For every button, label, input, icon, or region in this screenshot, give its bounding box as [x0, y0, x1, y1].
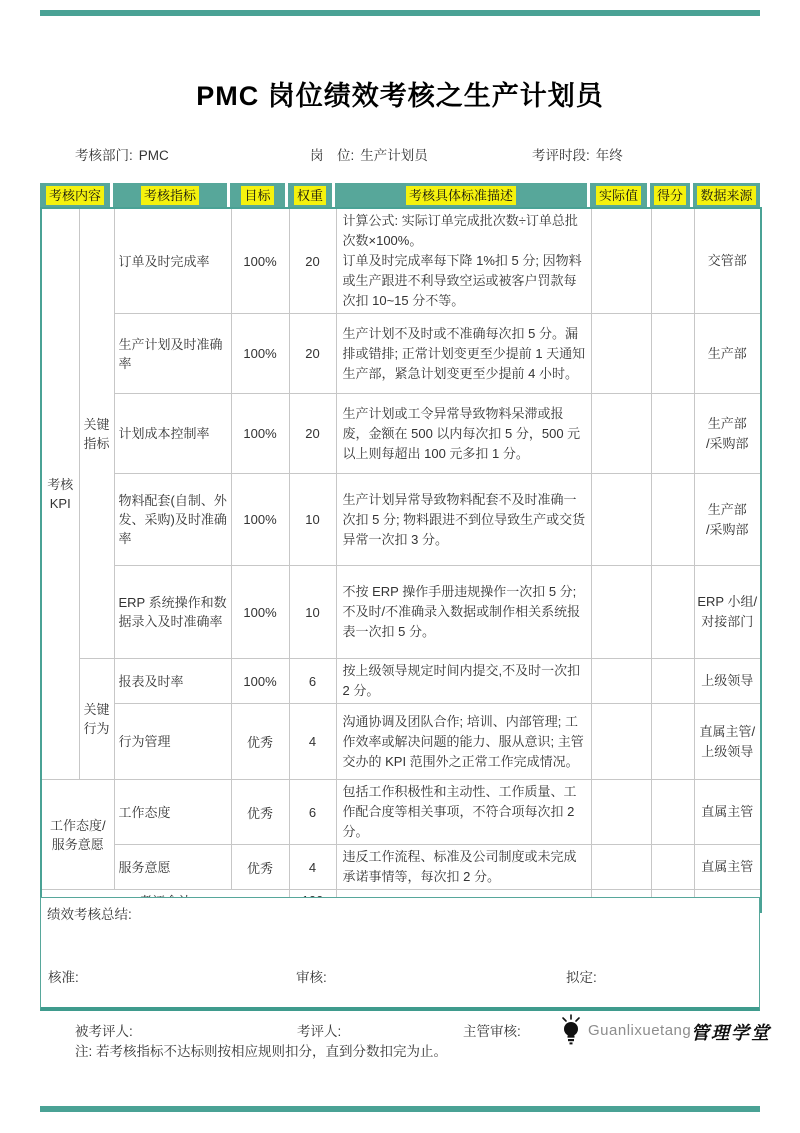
criteria-cell: 包括工作积极性和主动性、工作质量、工作配合度等相关事项，不符合项每次扣 2 分。 — [336, 780, 591, 845]
header-actual: 实际值 — [590, 183, 650, 207]
criteria-cell: 不按 ERP 操作手册违规操作一次扣 5 分; 不及时/不准确录入数据或制作相关… — [336, 566, 591, 659]
actual-value-cell — [591, 659, 651, 704]
actual-value-cell — [591, 566, 651, 659]
target-cell: 100% — [231, 394, 289, 474]
source-cell: 直属主管 — [694, 845, 761, 890]
indicator-cell: 行为管理 — [114, 704, 231, 780]
indicator-cell: 工作态度 — [114, 780, 231, 845]
criteria-cell: 生产计划不及时或不准确每次扣 5 分。漏排或错排; 正常计划变更至少提前 1 天… — [336, 314, 591, 394]
lightbulb-icon — [558, 1014, 584, 1046]
table-header-row: 考核内容 考核指标 目标 权重 考核具体标准描述 实际值 得分 数据来源 — [40, 183, 760, 207]
assessee-label: 被考评人: — [75, 1020, 133, 1040]
criteria-cell: 沟通协调及团队合作; 培训、内部管理; 工作效率或解决问题的能力、服从意识; 主… — [336, 704, 591, 780]
score-cell — [651, 845, 694, 890]
weight-cell: 20 — [289, 394, 336, 474]
target-cell: 100% — [231, 208, 289, 314]
target-cell: 100% — [231, 474, 289, 566]
department-value: PMC — [139, 148, 169, 163]
performance-review-form: PMC 岗位绩效考核之生产计划员 考核部门:PMC 岗 位:生产计划员 考评时段… — [0, 0, 800, 1133]
score-cell — [651, 659, 694, 704]
criteria-cell: 生产计划异常导致物料配套不及时准确一次扣 5 分; 物料跟进不到位导致生产或交货… — [336, 474, 591, 566]
actual-value-cell — [591, 314, 651, 394]
header-criteria: 考核具体标准描述 — [335, 183, 590, 207]
target-cell: 优秀 — [231, 845, 289, 890]
period-label: 考评时段: — [532, 148, 590, 163]
draft-label: 拟定: — [566, 966, 597, 986]
assessment-table: 考核 KPI 关键 指标 订单及时完成率 100% 20 计算公式: 实际订单完… — [40, 207, 762, 913]
source-cell: ERP 小组/ 对接部门 — [694, 566, 761, 659]
logo-latin-text: Guanlixuetang — [588, 1022, 691, 1039]
table-row: 行为管理 优秀 4 沟通协调及团队合作; 培训、内部管理; 工作效率或解决问题的… — [41, 704, 761, 780]
target-cell: 100% — [231, 566, 289, 659]
indicator-cell: 生产计划及时准确率 — [114, 314, 231, 394]
weight-cell: 6 — [289, 780, 336, 845]
score-cell — [651, 704, 694, 780]
indicator-cell: ERP 系统操作和数据录入及时准确率 — [114, 566, 231, 659]
score-cell — [651, 314, 694, 394]
source-cell: 生产部 /采购部 — [694, 474, 761, 566]
table-row: 服务意愿 优秀 4 违反工作流程、标准及公司制度或未完成承诺事情等，每次扣 2 … — [41, 845, 761, 890]
header-content: 考核内容 — [40, 183, 113, 207]
header-source-label: 数据来源 — [697, 186, 755, 205]
footnote: 注: 若考核指标不达标则按相应规则扣分，直到分数扣完为止。 — [75, 1040, 447, 1060]
period-value: 年终 — [596, 148, 623, 163]
table-row: 关键 行为 报表及时率 100% 6 按上级领导规定时间内提交,不及时一次扣 2… — [41, 659, 761, 704]
weight-cell: 4 — [289, 704, 336, 780]
target-cell: 优秀 — [231, 780, 289, 845]
source-cell: 上级领导 — [694, 659, 761, 704]
header-source: 数据来源 — [693, 183, 760, 207]
logo-cn-text: 管理学堂 — [691, 1019, 771, 1045]
weight-cell: 20 — [289, 314, 336, 394]
header-score: 得分 — [650, 183, 693, 207]
assessor-label: 考评人: — [297, 1020, 341, 1040]
header-target-label: 目标 — [241, 186, 273, 205]
source-cell: 直属主管 — [694, 780, 761, 845]
header-target: 目标 — [230, 183, 288, 207]
group-key-behaviors-cell: 关键 行为 — [79, 659, 114, 780]
position-field: 岗 位:生产计划员 — [310, 144, 428, 164]
score-cell — [651, 566, 694, 659]
summary-box: 绩效考核总结: 核准: 审核: 拟定: — [40, 897, 760, 1011]
group-attitude-cell: 工作态度/ 服务意愿 — [41, 780, 114, 890]
header-content-label: 考核内容 — [46, 186, 104, 205]
score-cell — [651, 394, 694, 474]
target-cell: 100% — [231, 659, 289, 704]
review-label: 审核: — [296, 966, 327, 986]
indicator-cell: 服务意愿 — [114, 845, 231, 890]
source-cell: 直属主管/ 上级领导 — [694, 704, 761, 780]
criteria-cell: 生产计划或工令异常导致物料呆滞或报废，金额在 500 以内每次扣 5 分，500… — [336, 394, 591, 474]
actual-value-cell — [591, 704, 651, 780]
bottom-rule-bar — [40, 1106, 760, 1112]
top-rule-bar — [40, 10, 760, 16]
score-cell — [651, 208, 694, 314]
header-weight-label: 权重 — [294, 186, 326, 205]
score-cell — [651, 474, 694, 566]
score-cell — [651, 780, 694, 845]
supervisor-label: 主管审核: — [463, 1020, 521, 1040]
indicator-cell: 订单及时完成率 — [114, 208, 231, 314]
position-value: 生产计划员 — [360, 148, 428, 163]
period-field: 考评时段:年终 — [532, 144, 623, 164]
header-score-label: 得分 — [654, 186, 686, 205]
header-indicator: 考核指标 — [113, 183, 230, 207]
brand-logo: Guanlixuetang 管理学堂 — [558, 1012, 798, 1048]
target-cell: 优秀 — [231, 704, 289, 780]
actual-value-cell — [591, 474, 651, 566]
header-indicator-label: 考核指标 — [141, 186, 199, 205]
indicator-cell: 计划成本控制率 — [114, 394, 231, 474]
actual-value-cell — [591, 208, 651, 314]
source-cell: 生产部 — [694, 314, 761, 394]
actual-value-cell — [591, 845, 651, 890]
criteria-cell: 按上级领导规定时间内提交,不及时一次扣 2 分。 — [336, 659, 591, 704]
weight-cell: 10 — [289, 566, 336, 659]
weight-cell: 20 — [289, 208, 336, 314]
criteria-cell: 违反工作流程、标准及公司制度或未完成承诺事情等，每次扣 2 分。 — [336, 845, 591, 890]
summary-title: 绩效考核总结: — [47, 903, 132, 923]
target-cell: 100% — [231, 314, 289, 394]
group-key-indicators-cell: 关键 指标 — [79, 208, 114, 659]
table-row: 生产计划及时准确率 100% 20 生产计划不及时或不准确每次扣 5 分。漏排或… — [41, 314, 761, 394]
weight-cell: 4 — [289, 845, 336, 890]
table-row: 计划成本控制率 100% 20 生产计划或工令异常导致物料呆滞或报废，金额在 5… — [41, 394, 761, 474]
criteria-cell: 计算公式: 实际订单完成批次数÷订单总批次数×100%。 订单及时完成率每下降 … — [336, 208, 591, 314]
header-weight: 权重 — [288, 183, 335, 207]
group-kpi-cell: 考核 KPI — [41, 208, 79, 780]
indicator-cell: 物料配套(自制、外发、采购)及时准确率 — [114, 474, 231, 566]
table-row: ERP 系统操作和数据录入及时准确率 100% 10 不按 ERP 操作手册违规… — [41, 566, 761, 659]
page-title: PMC 岗位绩效考核之生产计划员 — [0, 74, 800, 113]
position-label: 岗 位: — [310, 148, 354, 163]
weight-cell: 6 — [289, 659, 336, 704]
meta-row: 考核部门:PMC 岗 位:生产计划员 考评时段:年终 — [0, 144, 800, 164]
department-field: 考核部门:PMC — [75, 144, 169, 164]
header-criteria-label: 考核具体标准描述 — [406, 186, 516, 205]
department-label: 考核部门: — [75, 148, 133, 163]
table-row: 物料配套(自制、外发、采购)及时准确率 100% 10 生产计划异常导致物料配套… — [41, 474, 761, 566]
table-row: 考核 KPI 关键 指标 订单及时完成率 100% 20 计算公式: 实际订单完… — [41, 208, 761, 314]
header-actual-label: 实际值 — [596, 186, 641, 205]
source-cell: 交管部 — [694, 208, 761, 314]
table-row: 工作态度/ 服务意愿 工作态度 优秀 6 包括工作积极性和主动性、工作质量、工作… — [41, 780, 761, 845]
actual-value-cell — [591, 394, 651, 474]
actual-value-cell — [591, 780, 651, 845]
source-cell: 生产部 /采购部 — [694, 394, 761, 474]
approve-label: 核准: — [48, 966, 79, 986]
weight-cell: 10 — [289, 474, 336, 566]
indicator-cell: 报表及时率 — [114, 659, 231, 704]
